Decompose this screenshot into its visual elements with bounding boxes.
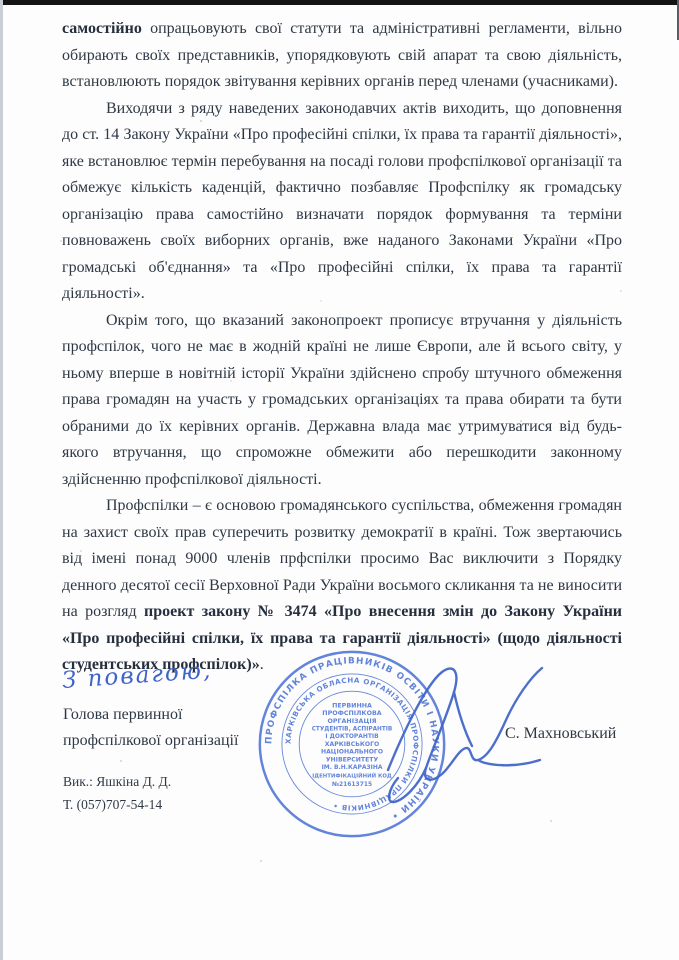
- paragraph: Виходячи з ряду наведених законодавчих а…: [62, 96, 622, 308]
- executor-name: Вик.: Яшкіна Д. Д.: [63, 770, 171, 793]
- paragraph: самостійно опрацьовують свої статути та …: [62, 16, 622, 96]
- text-run: Окрім того, що вказаний законопроект про…: [62, 312, 622, 488]
- executor-phone: Т. (057)707-54-14: [63, 793, 171, 816]
- signer-title-line1: Голова первинної: [63, 702, 238, 728]
- text-run: Профспілки – є основою громадянського су…: [62, 497, 622, 620]
- closing-block: З повагою, Голова первинної профспілково…: [63, 668, 238, 754]
- scanned-letter-page: самостійно опрацьовують свої статути та …: [0, 0, 679, 960]
- document-body: самостійно опрацьовують свої статути та …: [62, 16, 622, 679]
- text-run: опрацьовують свої статути та адміністрат…: [62, 20, 622, 90]
- scan-left-edge: [0, 0, 3, 960]
- signature-icon: [330, 650, 555, 810]
- signer-title-line2: профспілкової організації: [63, 728, 238, 754]
- bold-run: самостійно: [62, 20, 142, 37]
- paragraph: Окрім того, що вказаний законопроект про…: [62, 308, 622, 494]
- text-run: Виходячи з ряду наведених законодавчих а…: [62, 100, 622, 303]
- scan-top-edge: [0, 0, 679, 5]
- executor-block: Вик.: Яшкіна Д. Д. Т. (057)707-54-14: [63, 770, 171, 816]
- signature: [330, 650, 555, 810]
